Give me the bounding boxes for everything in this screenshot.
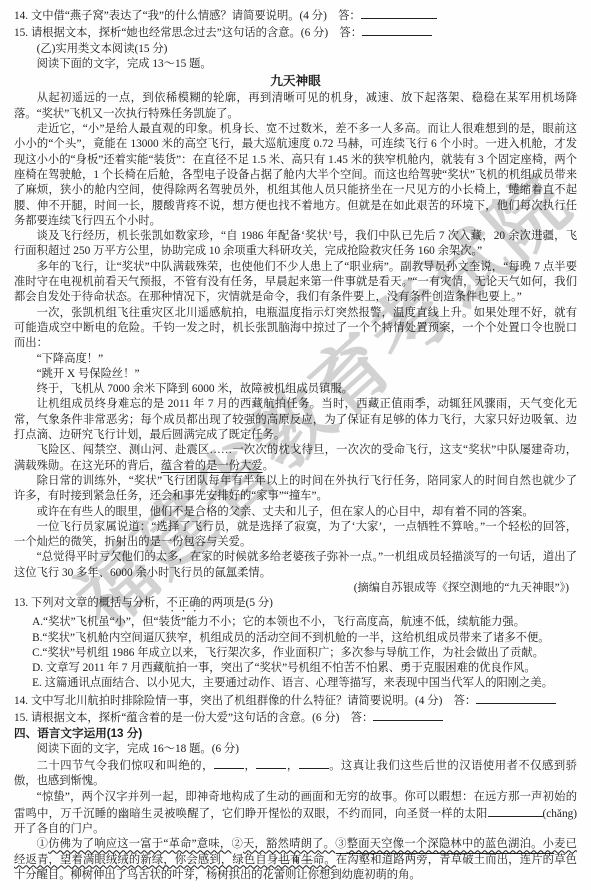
circled-number-1: ① [37,838,49,850]
circled-number-2: ② [231,838,243,850]
option-d: D. 文章写 2011 年 7 月西藏航拍一事，突出了“奖状”号机组不怕苦不怕累… [14,661,577,676]
article-paragraph: 让机组成员终身难忘的是 2011 年 7 月的西藏航拍任务。当时，西藏正值雨季，… [14,397,577,443]
question-14: 14. 文中写北川航拍时排除险情一事，突出了机组群像的什么特征？请简要说明。(4… [14,692,577,709]
answer-blank [373,709,443,721]
question-15: 15. 请根据文本，探析“蕴含着的是一份大爱”这句话的含意。(6 分) 答： [14,709,577,726]
article-paragraph: 走近它，“小”是给人最直观的印象。机身长、宽不过数米，差不多一人多高。而让人很难… [14,122,577,229]
article-paragraph: 谈及飞行经历，机长张凯如数家珍，“自 1986 年配备‘奖状’号，我们中队已先后… [14,229,577,260]
question-text: 14. 文中借“燕子窝”表达了“我”的什么情感？请简要说明。(4 分) 答： [14,10,361,22]
section-four-header: 四、语言文字运用(13 分) [14,726,577,741]
question-text: 15. 请根据文本，探析“蕴含着的是一份大爱”这句话的含意。(6 分) 答： [14,712,373,724]
paragraph-text: 二十四节气令我们惊叹和叫绝的， [37,760,214,772]
question-text: 15. 请根据文本，探析“她也经常思念过去”这句话的含意。(6 分) 答： [14,27,362,39]
wavy-underlined-sentence: 仿佛为了响应这一富于“革命”意味， [48,838,231,850]
question-15-previous-passage: 15. 请根据文本，探析“她也经常思念过去”这句话的含意。(6 分) 答： [14,24,577,41]
question-text: 13. 下列对文章的概括与分析， [14,597,167,609]
option-c: C.“奖状”号机组 1986 年成立以来，飞行架次多，作业面积广；多次参与导航工… [14,646,577,661]
article-paragraph-with-underline: 飞险区、闯禁空、测山河、赴震区……一次次的枕戈待旦，一次次的受命飞行，这支“奖状… [14,443,577,474]
article-paragraph: 从起初遥远的一点，到依稀模糊的轮廓，再到清晰可见的机身，减速、放下起落架、稳稳在… [14,91,577,122]
fill-blank [256,757,286,769]
fill-blank [488,805,543,817]
article-title: 九天神眼 [14,74,577,89]
section-b-instruction: 阅读下面的文字，完成 13～15 题。 [14,57,577,72]
article-dialog-line: “跳开 X 号保险丝！” [14,367,577,382]
emphasized-text: 不正确 [167,597,201,609]
article-dialog-line: “下降高度！” [14,352,577,367]
article-paragraph: 或许在有些人的眼里，他们不是合格的父亲、丈夫和儿子，但在家人的心目中，却有着不同… [14,505,577,520]
paragraph-text: ， [286,760,298,772]
page-number: — 4 — [0,853,591,868]
fill-blank [214,757,244,769]
jingzhe-paragraph: “惊蛰”，两个汉字并列一起，即神奇地构成了生动的画面和无穷的故事。你可以暇想：在… [14,790,577,838]
article-paragraph: 终于，飞机从 7000 余米下降到 6000 米，故障被机组成员镇服。 [14,382,577,397]
paragraph-text: 飞险区、闯禁空、测山河、赴震区……一次次的枕戈待旦，一次次的受命飞行，这支“奖状… [14,444,577,471]
answer-blank [361,7,437,19]
section-four-instruction: 阅读下面的文字，完成 16～18 题。(6 分) [14,742,577,757]
fill-blank [299,757,329,769]
article-paragraph: 多年的飞行，让“奖状”中队满载殊荣，也使他们不少人患上了“职业病”。副教导员孙文… [14,260,577,306]
underlined-phrase: 蕴含着的是一份大爱 [161,460,263,472]
cloze-paragraph: 二十四节气令我们惊叹和叫绝的，，，。这真让我们这些后世的汉语使用者不仅感到骄傲，… [14,757,577,790]
option-a: A.“奖状”飞机虽“小”，但“装货”能力不小；它的本领也不小，飞行高度高，航速不… [14,615,577,630]
question-14-previous-passage: 14. 文中借“燕子窝”表达了“我”的什么情感？请简要说明。(4 分) 答： [14,7,577,24]
article-source-credit: (摘编自苏银成等《探空测地的“九天神眼”》) [14,581,577,596]
wavy-underlined-sentence: 天，豁然晴朗了。 [243,838,335,850]
page-content: 14. 文中借“燕子窝”表达了“我”的什么情感？请简要说明。(4 分) 答： 1… [0,0,591,883]
paragraph-text: 。 [263,460,274,472]
article-paragraph: 一位飞行员家属说道：“选择了飞行员，就是选择了寂寞，为了‘大家’，一点牺牲不算啥… [14,520,577,551]
article-paragraph: “总觉得平时亏欠他们的太多，在家的时候就多给老婆孩子弥补一点。”一机组成员轻描淡… [14,550,577,581]
question-text: 14. 文中写北川航拍时排除险情一事，突出了机组群像的什么特征？请简要说明。(4… [14,695,476,707]
option-e: E. 这篇通讯点面结合、以小见大，主要通过动作、语言、心理等描写，来表现中国当代… [14,676,577,691]
article-paragraph: 一次，张凯机组飞往重灾区北川遥感航拍，电瓶温度指示灯突然报警，温度直线上升。如果… [14,306,577,352]
answer-blank [362,24,432,36]
circled-number-3: ③ [335,838,347,850]
article-paragraph: 除日常的训练外，“奖状”飞行团队每年有半年以上的时间在外执行飞行任务，陪同家人的… [14,474,577,505]
answer-blank [476,692,556,704]
exam-paper-page: 福建省教育考试院 14. 文中借“燕子窝”表达了“我”的什么情感？请简要说明。(… [0,0,591,890]
question-text: 的两项是(5 分) [200,597,272,609]
option-b: B.“奖状”飞机舱内空间逼仄狭窄，机组成员的活动空间不到机舱的一半，这给机组成员… [14,631,577,646]
question-13: 13. 下列对文章的概括与分析，不正确的两项是(5 分) [14,596,577,615]
section-b-header: (乙)实用类文本阅读(15 分) [14,42,577,57]
paragraph-text: ， [244,760,256,772]
